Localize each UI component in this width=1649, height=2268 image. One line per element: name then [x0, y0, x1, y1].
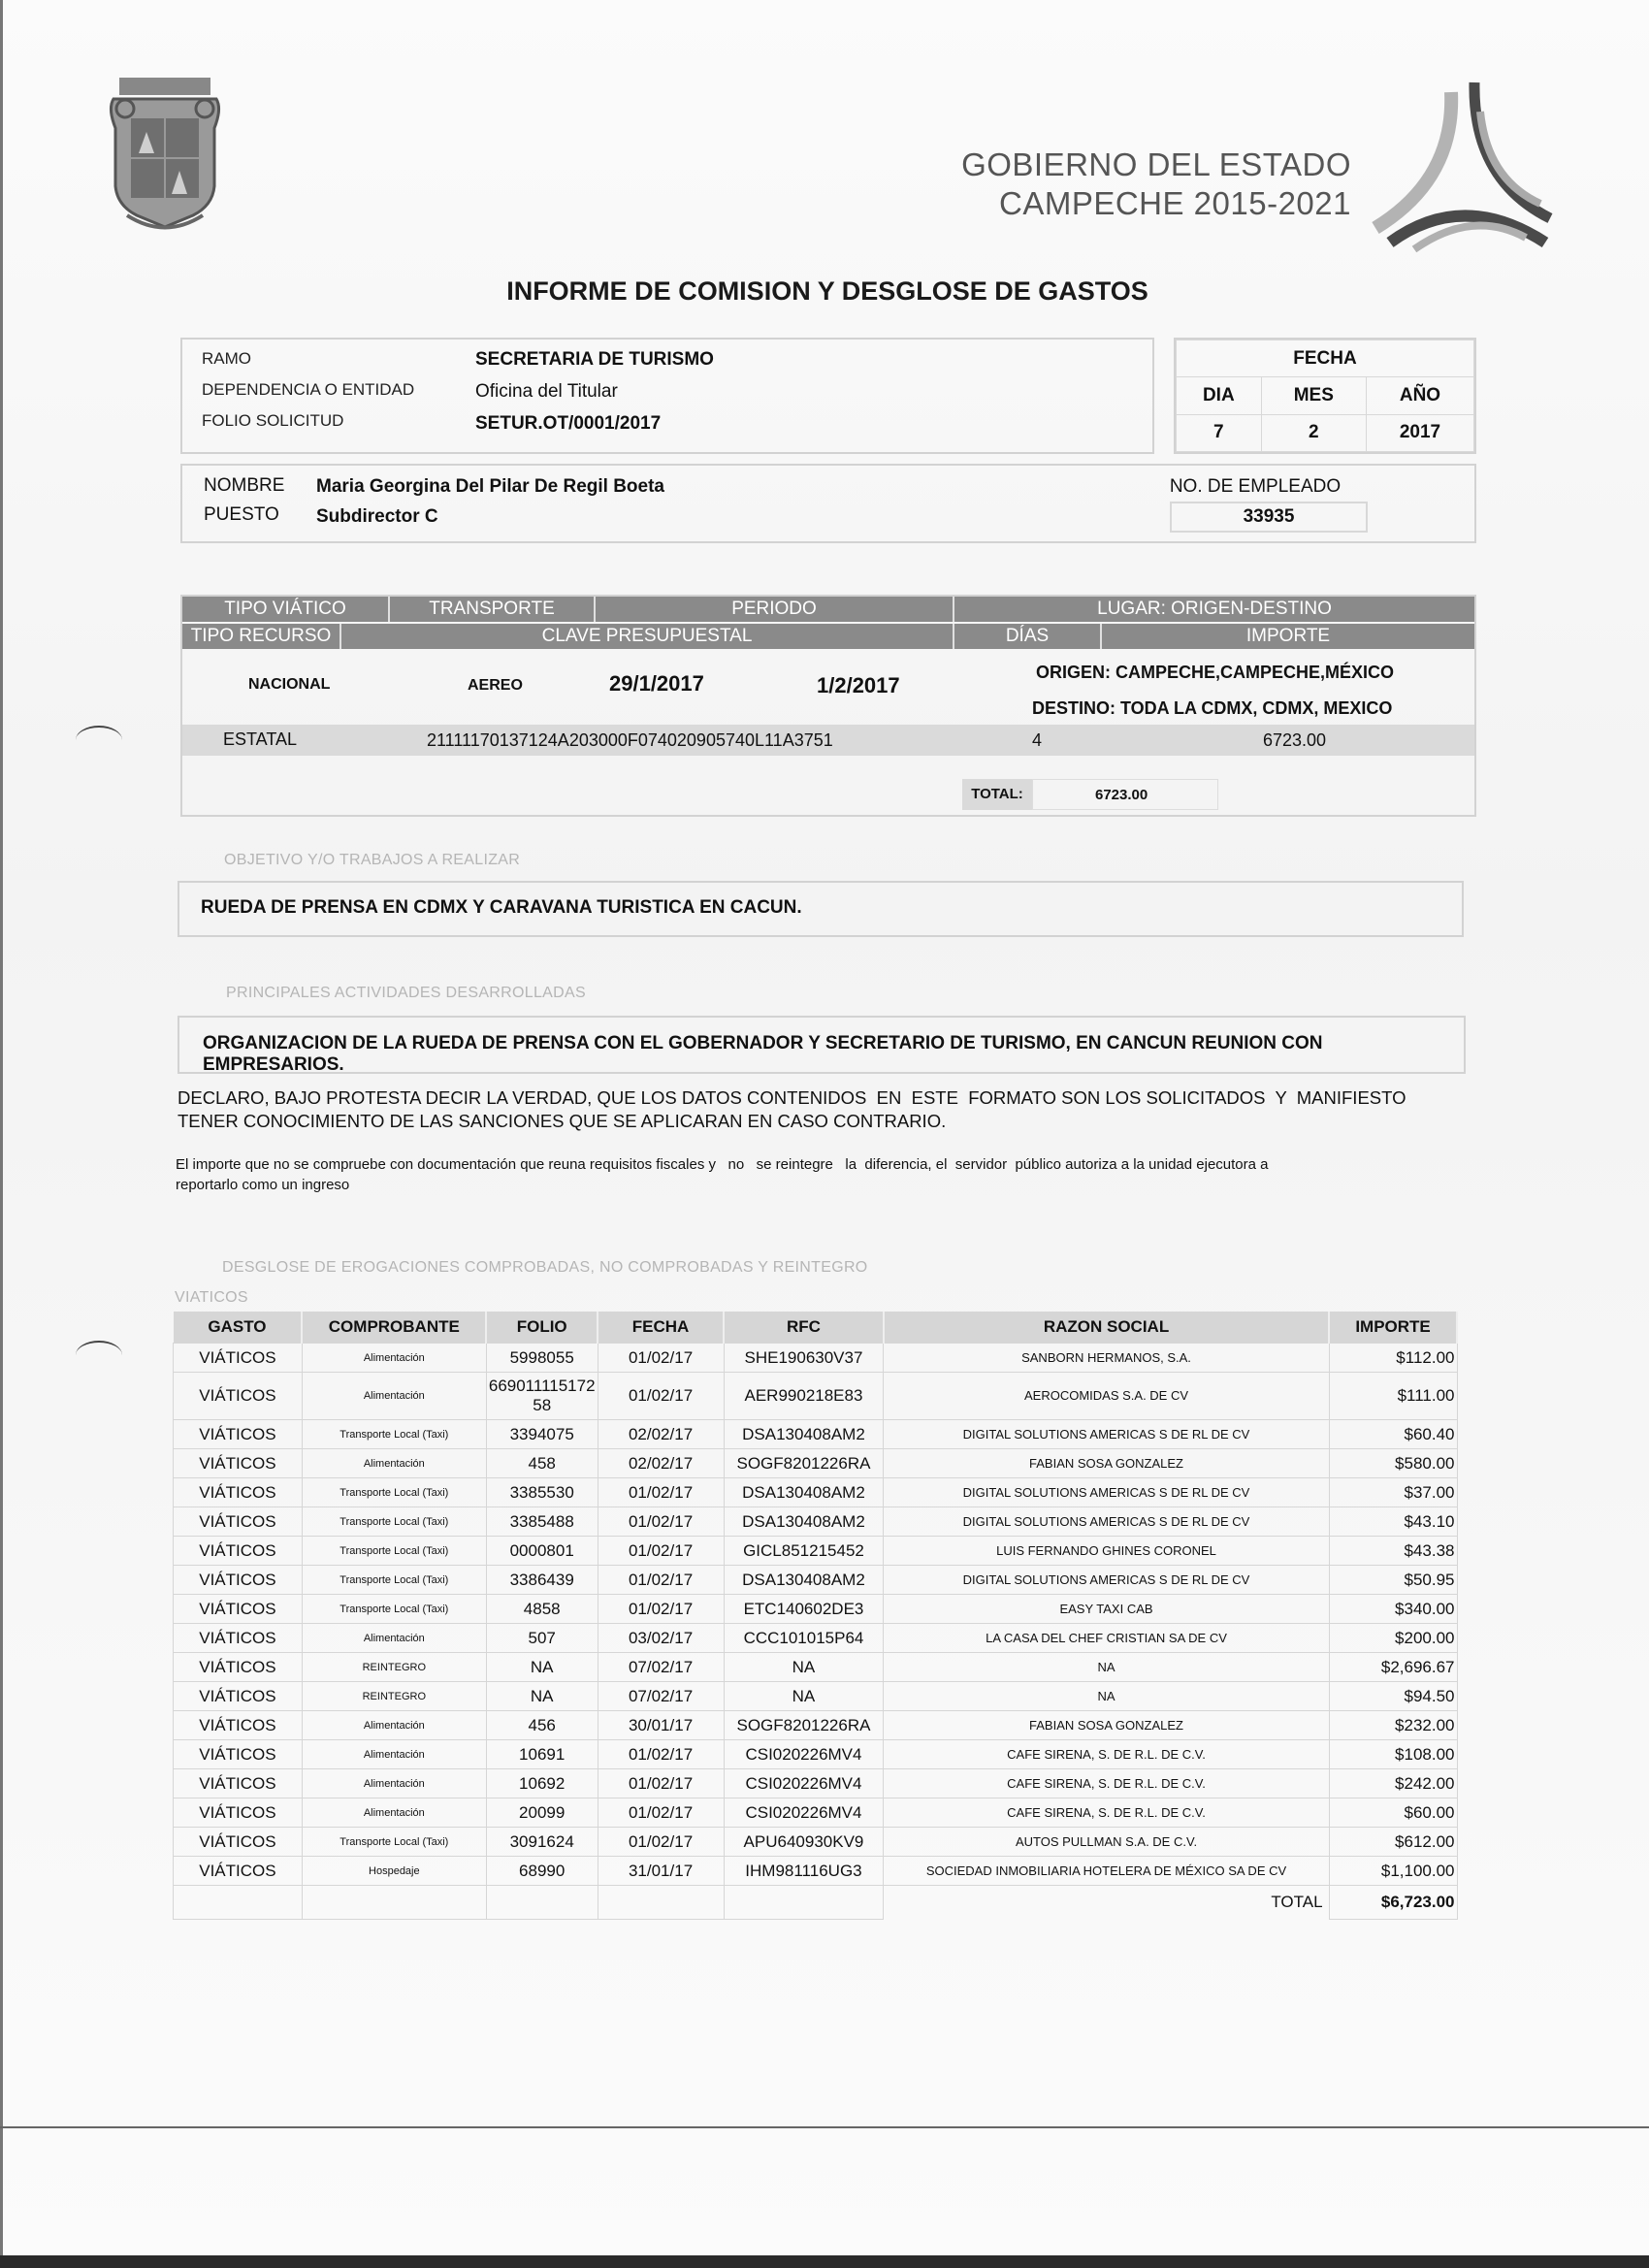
cell-fecha: 03/02/17	[598, 1624, 724, 1653]
col-rfc: RFC	[724, 1312, 884, 1344]
cell-rfc: CSI020226MV4	[724, 1769, 884, 1798]
cell-gasto: VIÁTICOS	[174, 1420, 303, 1449]
cell-razon: NA	[884, 1682, 1329, 1711]
expense-row: VIÁTICOSTransporte Local (Taxi)338548801…	[174, 1507, 1458, 1537]
cell-importe: $112.00	[1329, 1344, 1457, 1373]
cell-rfc: DSA130408AM2	[724, 1507, 884, 1537]
expenses-total-value: $6,723.00	[1329, 1886, 1457, 1920]
employee-box: NOMBRE Maria Georgina Del Pilar De Regil…	[180, 464, 1476, 543]
cell-comprobante: Alimentación	[302, 1769, 486, 1798]
cell-razon: CAFE SIRENA, S. DE R.L. DE C.V.	[884, 1798, 1329, 1828]
mes-value: 2	[1261, 414, 1366, 451]
cell-comprobante: REINTEGRO	[302, 1653, 486, 1682]
cell-razon: CAFE SIRENA, S. DE R.L. DE C.V.	[884, 1740, 1329, 1769]
objetivo-text: RUEDA DE PRENSA EN CDMX Y CARAVANA TURIS…	[201, 897, 802, 919]
cell-gasto: VIÁTICOS	[174, 1798, 303, 1828]
viatico-header-row-1: TIPO VIÁTICO TRANSPORTE PERIODO LUGAR: O…	[182, 597, 1474, 622]
dependencia-label: DEPENDENCIA O ENTIDAD	[202, 380, 414, 400]
cell-rfc: GICL851215452	[724, 1537, 884, 1566]
cell-razon: AEROCOMIDAS S.A. DE CV	[884, 1373, 1329, 1420]
scanner-edge	[0, 2255, 1649, 2268]
cell-comprobante: Alimentación	[302, 1711, 486, 1740]
cell-importe: $37.00	[1329, 1478, 1457, 1507]
cell-folio: 507	[486, 1624, 598, 1653]
fecha-box: FECHA DIA MES AÑO 7 2 2017	[1174, 338, 1476, 454]
expenses-total-label: TOTAL	[884, 1886, 1329, 1920]
government-name: GOBIERNO DEL ESTADO CAMPECHE 2015-2021	[934, 146, 1351, 223]
cell-folio: 3091624	[486, 1828, 598, 1857]
cell-folio: 66901111517258	[486, 1373, 598, 1420]
destino-value: DESTINO: TODA LA CDMX, CDMX, MEXICO	[1032, 698, 1392, 719]
cell-comprobante: Transporte Local (Taxi)	[302, 1507, 486, 1537]
cell-rfc: SHE190630V37	[724, 1344, 884, 1373]
cell-comprobante: Alimentación	[302, 1798, 486, 1828]
cell-gasto: VIÁTICOS	[174, 1740, 303, 1769]
cell-importe: $242.00	[1329, 1769, 1457, 1798]
cell-fecha: 01/02/17	[598, 1373, 724, 1420]
expenses-total-row: TOTAL$6,723.00	[174, 1886, 1458, 1920]
cell-rfc: CSI020226MV4	[724, 1798, 884, 1828]
dias-value: 4	[1032, 730, 1042, 751]
col-comprobante: COMPROBANTE	[302, 1312, 486, 1344]
cell-folio: 20099	[486, 1798, 598, 1828]
cell-gasto: VIÁTICOS	[174, 1769, 303, 1798]
cell-importe: $108.00	[1329, 1740, 1457, 1769]
cell-razon: DIGITAL SOLUTIONS AMERICAS S DE RL DE CV	[884, 1566, 1329, 1595]
cell-gasto: VIÁTICOS	[174, 1373, 303, 1420]
header-importe: IMPORTE	[1102, 624, 1474, 649]
employee-number-label: NO. DE EMPLEADO	[1168, 476, 1342, 498]
declaracion: DECLARO, BAJO PROTESTA DECIR LA VERDAD, …	[178, 1086, 1477, 1133]
cell-comprobante: Transporte Local (Taxi)	[302, 1595, 486, 1624]
nombre-label: NOMBRE	[204, 475, 284, 497]
cell-folio: 3386439	[486, 1566, 598, 1595]
total-value: 6723.00	[1032, 779, 1218, 810]
cell-rfc: NA	[724, 1682, 884, 1711]
cell-folio: 0000801	[486, 1537, 598, 1566]
cell-rfc: NA	[724, 1653, 884, 1682]
expense-row: VIÁTICOSAlimentación50703/02/17CCC101015…	[174, 1624, 1458, 1653]
cell-rfc: AER990218E83	[724, 1373, 884, 1420]
cell-comprobante: Transporte Local (Taxi)	[302, 1566, 486, 1595]
cell-gasto: VIÁTICOS	[174, 1566, 303, 1595]
document-title: INFORME DE COMISION Y DESGLOSE DE GASTOS	[3, 276, 1649, 307]
cell-folio: 458	[486, 1449, 598, 1478]
cell-rfc: DSA130408AM2	[724, 1566, 884, 1595]
expense-row: VIÁTICOSAlimentación599805501/02/17SHE19…	[174, 1344, 1458, 1373]
punch-hole-mark	[76, 726, 122, 755]
cell-folio: NA	[486, 1682, 598, 1711]
scanned-page: GOBIERNO DEL ESTADO CAMPECHE 2015-2021 I…	[0, 0, 1649, 2255]
cell-importe: $111.00	[1329, 1373, 1457, 1420]
blank-cell	[598, 1886, 724, 1920]
col-razon-social: RAZON SOCIAL	[884, 1312, 1329, 1344]
cell-gasto: VIÁTICOS	[174, 1478, 303, 1507]
cell-importe: $43.38	[1329, 1537, 1457, 1566]
expense-row: VIÁTICOSAlimentación45630/01/17SOGF82012…	[174, 1711, 1458, 1740]
expense-row: VIÁTICOSTransporte Local (Taxi)485801/02…	[174, 1595, 1458, 1624]
expense-row: VIÁTICOSTransporte Local (Taxi)338643901…	[174, 1566, 1458, 1595]
cell-folio: NA	[486, 1653, 598, 1682]
periodo-fin: 1/2/2017	[817, 673, 900, 698]
cell-folio: 10692	[486, 1769, 598, 1798]
actividades-label: PRINCIPALES ACTIVIDADES DESARROLLADAS	[226, 985, 586, 1002]
cell-importe: $580.00	[1329, 1449, 1457, 1478]
transporte-value: AEREO	[468, 677, 523, 695]
dia-label: DIA	[1177, 377, 1262, 414]
header-dias: DÍAS	[954, 624, 1102, 649]
actividades-box: ORGANIZACION DE LA RUEDA DE PRENSA CON E…	[178, 1016, 1466, 1074]
cell-fecha: 07/02/17	[598, 1653, 724, 1682]
cell-importe: $200.00	[1329, 1624, 1457, 1653]
periodo-inicio: 29/1/2017	[609, 671, 704, 697]
cell-gasto: VIÁTICOS	[174, 1711, 303, 1740]
expenses-header-row: GASTO COMPROBANTE FOLIO FECHA RFC RAZON …	[174, 1312, 1458, 1344]
cell-folio: 4858	[486, 1595, 598, 1624]
header-tipo-viatico: TIPO VIÁTICO	[182, 597, 390, 622]
expense-row: VIÁTICOSAlimentación2009901/02/17CSI0202…	[174, 1798, 1458, 1828]
expense-row: VIÁTICOSAlimentación6690111151725801/02/…	[174, 1373, 1458, 1420]
cell-razon: DIGITAL SOLUTIONS AMERICAS S DE RL DE CV	[884, 1478, 1329, 1507]
origen-value: ORIGEN: CAMPECHE,CAMPECHE,MÉXICO	[1036, 663, 1394, 683]
cell-fecha: 07/02/17	[598, 1682, 724, 1711]
puesto-value: Subdirector C	[316, 506, 438, 528]
cell-razon: AUTOS PULLMAN S.A. DE C.V.	[884, 1828, 1329, 1857]
cell-folio: 3385488	[486, 1507, 598, 1537]
header-clave-presupuestal: CLAVE PRESUPUESTAL	[341, 624, 954, 649]
cell-rfc: DSA130408AM2	[724, 1478, 884, 1507]
cell-fecha: 01/02/17	[598, 1740, 724, 1769]
col-importe: IMPORTE	[1329, 1312, 1457, 1344]
blank-cell	[724, 1886, 884, 1920]
ramo-value: SECRETARIA DE TURISMO	[475, 349, 714, 371]
header-tipo-recurso: TIPO RECURSO	[182, 624, 341, 649]
col-gasto: GASTO	[174, 1312, 303, 1344]
cell-razon: SOCIEDAD INMOBILIARIA HOTELERA DE MÉXICO…	[884, 1857, 1329, 1886]
cell-comprobante: Alimentación	[302, 1449, 486, 1478]
cell-gasto: VIÁTICOS	[174, 1653, 303, 1682]
cell-importe: $1,100.00	[1329, 1857, 1457, 1886]
cell-fecha: 01/02/17	[598, 1828, 724, 1857]
cell-importe: $43.10	[1329, 1507, 1457, 1537]
anio-value: 2017	[1366, 414, 1473, 451]
employee-number-value: 33935	[1170, 502, 1368, 533]
cell-comprobante: Transporte Local (Taxi)	[302, 1828, 486, 1857]
cell-gasto: VIÁTICOS	[174, 1828, 303, 1857]
cell-rfc: IHM981116UG3	[724, 1857, 884, 1886]
header-lugar: LUGAR: ORIGEN-DESTINO	[954, 597, 1474, 622]
cell-gasto: VIÁTICOS	[174, 1537, 303, 1566]
objetivo-box: RUEDA DE PRENSA EN CDMX Y CARAVANA TURIS…	[178, 881, 1464, 937]
expense-row: VIÁTICOSHospedaje6899031/01/17IHM981116U…	[174, 1857, 1458, 1886]
cell-fecha: 02/02/17	[598, 1420, 724, 1449]
cell-comprobante: Transporte Local (Taxi)	[302, 1420, 486, 1449]
header-transporte: TRANSPORTE	[390, 597, 596, 622]
cell-comprobante: Alimentación	[302, 1344, 486, 1373]
cell-fecha: 01/02/17	[598, 1769, 724, 1798]
government-tri-arc-logo-icon	[1366, 73, 1560, 257]
cell-gasto: VIÁTICOS	[174, 1595, 303, 1624]
cell-fecha: 31/01/17	[598, 1857, 724, 1886]
col-folio: FOLIO	[486, 1312, 598, 1344]
cell-comprobante: REINTEGRO	[302, 1682, 486, 1711]
cell-razon: LA CASA DEL CHEF CRISTIAN SA DE CV	[884, 1624, 1329, 1653]
objetivo-label: OBJETIVO Y/O TRABAJOS A REALIZAR	[224, 852, 520, 869]
fecha-title: FECHA	[1177, 340, 1474, 377]
punch-hole-mark	[76, 1341, 122, 1370]
cell-gasto: VIÁTICOS	[174, 1344, 303, 1373]
blank-cell	[174, 1886, 303, 1920]
cell-importe: $340.00	[1329, 1595, 1457, 1624]
cell-fecha: 01/02/17	[598, 1798, 724, 1828]
viatico-header-row-2: TIPO RECURSO CLAVE PRESUPUESTAL DÍAS IMP…	[182, 624, 1474, 649]
cell-fecha: 01/02/17	[598, 1537, 724, 1566]
blank-cell	[302, 1886, 486, 1920]
cell-gasto: VIÁTICOS	[174, 1857, 303, 1886]
cell-importe: $612.00	[1329, 1828, 1457, 1857]
mes-label: MES	[1261, 377, 1366, 414]
ramo-label: RAMO	[202, 349, 251, 369]
scan-fold-line	[0, 2126, 1649, 2128]
cell-fecha: 01/02/17	[598, 1566, 724, 1595]
cell-folio: 3385530	[486, 1478, 598, 1507]
cell-razon: CAFE SIRENA, S. DE R.L. DE C.V.	[884, 1769, 1329, 1798]
dependency-info-box: RAMO SECRETARIA DE TURISMO DEPENDENCIA O…	[180, 338, 1154, 454]
cell-importe: $60.40	[1329, 1420, 1457, 1449]
cell-comprobante: Alimentación	[302, 1624, 486, 1653]
expense-row: VIÁTICOSREINTEGRONA07/02/17NANA$2,696.67	[174, 1653, 1458, 1682]
cell-rfc: DSA130408AM2	[724, 1420, 884, 1449]
cell-gasto: VIÁTICOS	[174, 1682, 303, 1711]
cell-gasto: VIÁTICOS	[174, 1624, 303, 1653]
cell-folio: 10691	[486, 1740, 598, 1769]
cell-comprobante: Transporte Local (Taxi)	[302, 1478, 486, 1507]
nombre-value: Maria Georgina Del Pilar De Regil Boeta	[316, 476, 664, 498]
anio-label: AÑO	[1366, 377, 1473, 414]
cell-razon: DIGITAL SOLUTIONS AMERICAS S DE RL DE CV	[884, 1420, 1329, 1449]
cell-rfc: ETC140602DE3	[724, 1595, 884, 1624]
cell-comprobante: Hospedaje	[302, 1857, 486, 1886]
cell-importe: $232.00	[1329, 1711, 1457, 1740]
expense-row: VIÁTICOSTransporte Local (Taxi)000080101…	[174, 1537, 1458, 1566]
cell-fecha: 30/01/17	[598, 1711, 724, 1740]
viaticos-sublabel: VIATICOS	[175, 1289, 248, 1307]
header-periodo: PERIODO	[596, 597, 954, 622]
cell-importe: $60.00	[1329, 1798, 1457, 1828]
expense-row: VIÁTICOSTransporte Local (Taxi)338553001…	[174, 1478, 1458, 1507]
cell-razon: EASY TAXI CAB	[884, 1595, 1329, 1624]
actividades-text: ORGANIZACION DE LA RUEDA DE PRENSA CON E…	[203, 1033, 1464, 1076]
cell-folio: 5998055	[486, 1344, 598, 1373]
viatico-summary-table: TIPO VIÁTICO TRANSPORTE PERIODO LUGAR: O…	[180, 595, 1476, 817]
cell-importe: $94.50	[1329, 1682, 1457, 1711]
cell-rfc: CCC101015P64	[724, 1624, 884, 1653]
cell-fecha: 01/02/17	[598, 1595, 724, 1624]
cell-fecha: 01/02/17	[598, 1478, 724, 1507]
expense-row: VIÁTICOSAlimentación1069201/02/17CSI0202…	[174, 1769, 1458, 1798]
cell-folio: 3394075	[486, 1420, 598, 1449]
total-label: TOTAL:	[962, 779, 1032, 810]
recurso-row: ESTATAL 21111170137124A203000F0740209057…	[182, 725, 1474, 756]
cell-fecha: 01/02/17	[598, 1344, 724, 1373]
nota-importe: El importe que no se compruebe con docum…	[176, 1154, 1475, 1195]
cell-razon: SANBORN HERMANOS, S.A.	[884, 1344, 1329, 1373]
cell-rfc: SOGF8201226RA	[724, 1711, 884, 1740]
cell-gasto: VIÁTICOS	[174, 1507, 303, 1537]
cell-rfc: CSI020226MV4	[724, 1740, 884, 1769]
cell-razon: LUIS FERNANDO GHINES CORONEL	[884, 1537, 1329, 1566]
cell-comprobante: Alimentación	[302, 1373, 486, 1420]
cell-comprobante: Alimentación	[302, 1740, 486, 1769]
cell-rfc: APU640930KV9	[724, 1828, 884, 1857]
expense-row: VIÁTICOSTransporte Local (Taxi)339407502…	[174, 1420, 1458, 1449]
expense-row: VIÁTICOSAlimentación1069101/02/17CSI0202…	[174, 1740, 1458, 1769]
expense-row: VIÁTICOSTransporte Local (Taxi)309162401…	[174, 1828, 1458, 1857]
cell-importe: $50.95	[1329, 1566, 1457, 1595]
blank-cell	[486, 1886, 598, 1920]
importe-value: 6723.00	[1263, 730, 1326, 751]
cell-comprobante: Transporte Local (Taxi)	[302, 1537, 486, 1566]
cell-razon: NA	[884, 1653, 1329, 1682]
cell-fecha: 01/02/17	[598, 1507, 724, 1537]
dia-value: 7	[1177, 414, 1262, 451]
cell-razon: FABIAN SOSA GONZALEZ	[884, 1711, 1329, 1740]
cell-fecha: 02/02/17	[598, 1449, 724, 1478]
expense-row: VIÁTICOSAlimentación45802/02/17SOGF82012…	[174, 1449, 1458, 1478]
cell-razon: DIGITAL SOLUTIONS AMERICAS S DE RL DE CV	[884, 1507, 1329, 1537]
desglose-label: DESGLOSE DE EROGACIONES COMPROBADAS, NO …	[222, 1259, 868, 1277]
tipo-recurso-value: ESTATAL	[223, 729, 297, 750]
folio-value: SETUR.OT/0001/2017	[475, 413, 661, 435]
tipo-viatico-value: NACIONAL	[248, 676, 330, 694]
dependencia-value: Oficina del Titular	[475, 381, 618, 403]
cell-rfc: SOGF8201226RA	[724, 1449, 884, 1478]
puesto-label: PUESTO	[204, 504, 279, 526]
col-fecha: FECHA	[598, 1312, 724, 1344]
cell-folio: 68990	[486, 1857, 598, 1886]
folio-label: FOLIO SOLICITUD	[202, 411, 343, 431]
expenses-table: GASTO COMPROBANTE FOLIO FECHA RFC RAZON …	[173, 1312, 1458, 1920]
cell-importe: $2,696.67	[1329, 1653, 1457, 1682]
state-coat-of-arms-icon	[108, 70, 222, 235]
expense-row: VIÁTICOSREINTEGRONA07/02/17NANA$94.50	[174, 1682, 1458, 1711]
cell-gasto: VIÁTICOS	[174, 1449, 303, 1478]
cell-folio: 456	[486, 1711, 598, 1740]
cell-razon: FABIAN SOSA GONZALEZ	[884, 1449, 1329, 1478]
clave-presupuestal-value: 21111170137124A203000F074020905740L11A37…	[427, 730, 833, 751]
